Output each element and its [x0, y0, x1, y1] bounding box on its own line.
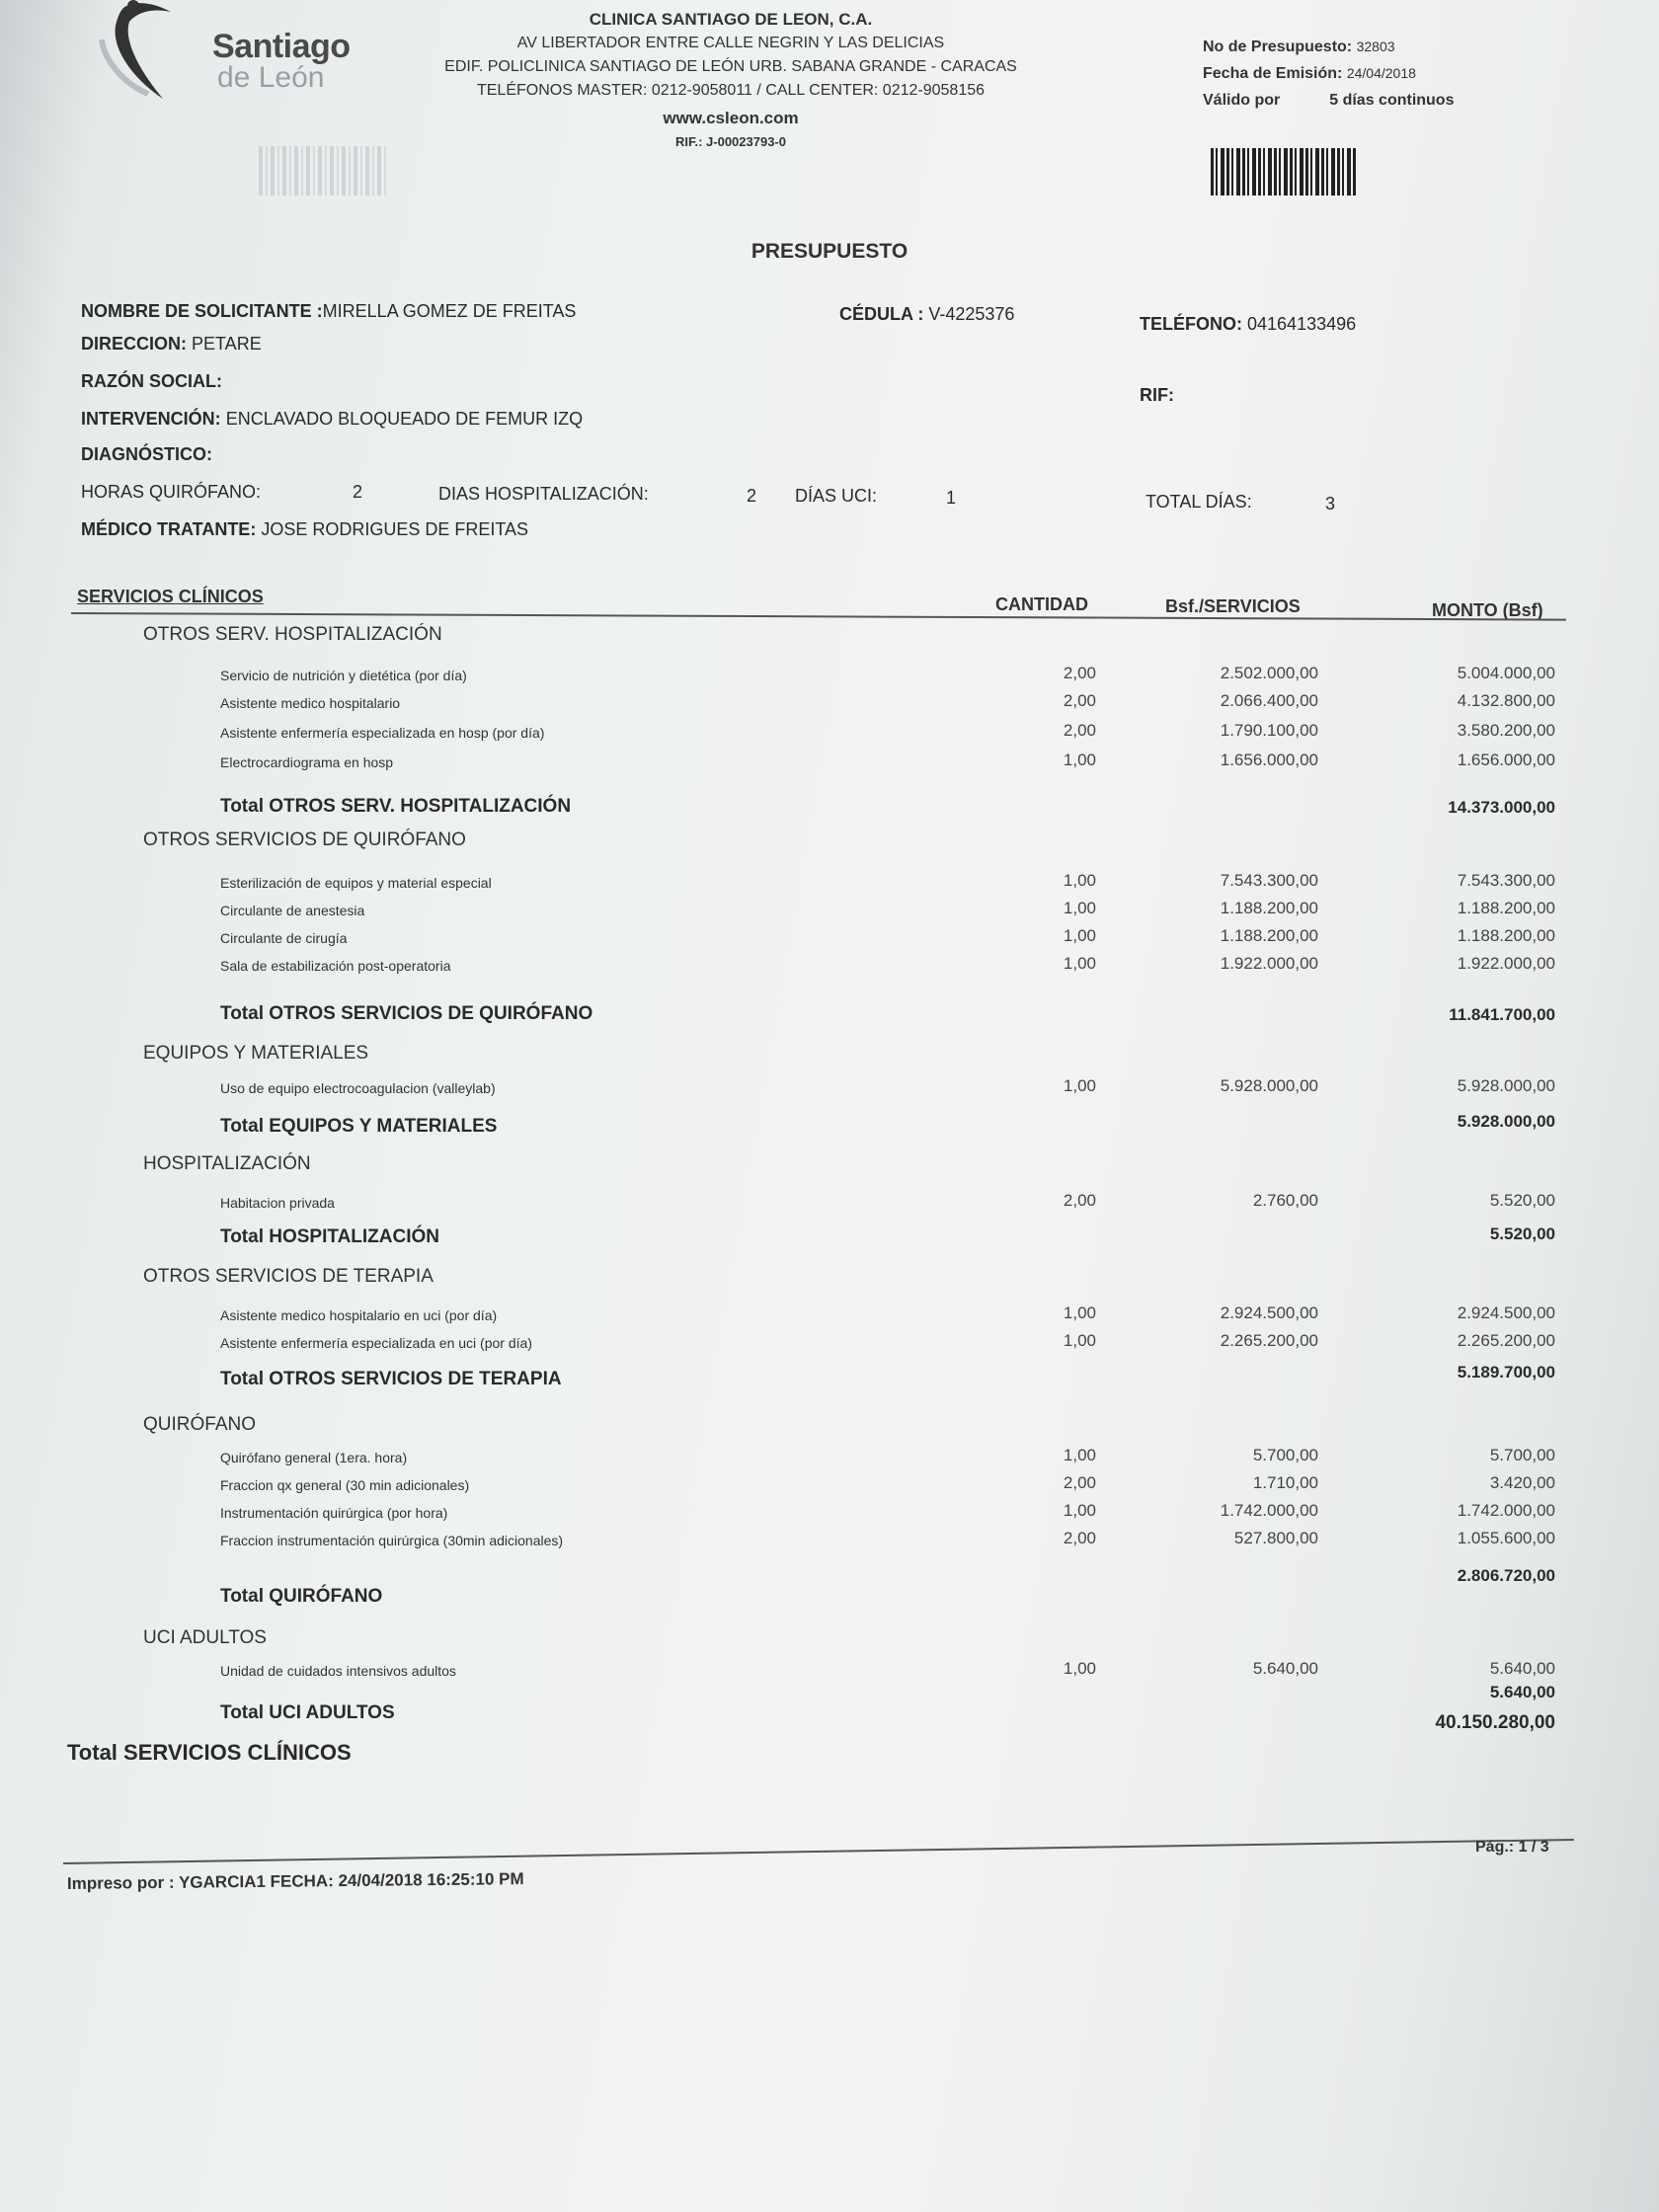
item-amount: 2.265.200,00: [1363, 1331, 1555, 1351]
applicant-name-label: NOMBRE DE SOLICITANTE :: [81, 301, 323, 321]
item-quantity: 1,00: [1007, 750, 1096, 770]
header-rule: [71, 612, 1566, 621]
item-quantity: 1,00: [1007, 1659, 1096, 1679]
budget-meta: No de Presupuesto: 32803 Fecha de Emisió…: [1203, 34, 1454, 114]
clinic-name: CLINICA SANTIAGO DE LEON, C.A.: [434, 8, 1027, 32]
group-total-value: 14.373.000,00: [1363, 798, 1555, 818]
group-total-label: Total UCI ADULTOS: [220, 1702, 395, 1724]
rif-label: RIF:: [1140, 385, 1174, 405]
section-header: SERVICIOS CLÍNICOS: [77, 587, 264, 607]
diagnosis-label: DIAGNÓSTICO:: [81, 444, 212, 464]
group-total-label: Total OTROS SERVICIOS DE TERAPIA: [220, 1369, 562, 1390]
item-quantity: 1,00: [1007, 899, 1096, 918]
item-description: Circulante de anestesia: [220, 903, 364, 918]
address-row: DIRECCION: PETARE: [81, 334, 262, 355]
item-description: Esterilización de equipos y material esp…: [220, 875, 492, 891]
item-amount: 1.188.200,00: [1363, 926, 1555, 946]
clinic-logo-icon: [94, 0, 183, 109]
applicant-name: MIRELLA GOMEZ DE FREITAS: [323, 301, 577, 321]
doctor-value: JOSE RODRIGUES DE FREITAS: [261, 519, 528, 539]
group-total-label: Total OTROS SERVICIOS DE QUIRÓFANO: [220, 1003, 592, 1025]
item-amount: 3.420,00: [1363, 1473, 1555, 1493]
item-unit-price: 1.922.000,00: [1145, 954, 1318, 974]
item-description: Quirófano general (1era. hora): [220, 1450, 407, 1465]
item-quantity: 1,00: [1007, 1331, 1096, 1351]
group-title: OTROS SERV. HOSPITALIZACIÓN: [143, 624, 442, 646]
id-label: CÉDULA :: [839, 304, 923, 324]
item-description: Electrocardiograma en hosp: [220, 754, 393, 770]
group-total-label: Total OTROS SERV. HOSPITALIZACIÓN: [220, 796, 571, 818]
issue-date-label: Fecha de Emisión:: [1203, 65, 1342, 82]
item-quantity: 1,00: [1007, 1501, 1096, 1521]
item-quantity: 2,00: [1007, 1191, 1096, 1211]
applicant-name-row: NOMBRE DE SOLICITANTE :MIRELLA GOMEZ DE …: [81, 301, 576, 322]
item-unit-price: 5.640,00: [1145, 1659, 1318, 1679]
item-amount: 1.055.600,00: [1363, 1529, 1555, 1548]
item-description: Asistente enfermería especializada en ho…: [220, 725, 544, 741]
diagnosis-row: DIAGNÓSTICO:: [81, 444, 212, 465]
item-quantity: 1,00: [1007, 954, 1096, 974]
item-unit-price: 1.742.000,00: [1145, 1501, 1318, 1521]
doctor-label: MÉDICO TRATANTE:: [81, 519, 256, 539]
group-total-label: Total QUIRÓFANO: [220, 1586, 382, 1608]
hosp-days-value: 2: [747, 486, 756, 507]
item-unit-price: 2.502.000,00: [1145, 664, 1318, 683]
item-quantity: 2,00: [1007, 1473, 1096, 1493]
item-description: Habitacion privada: [220, 1195, 335, 1211]
grand-total-label: Total SERVICIOS CLÍNICOS: [67, 1740, 352, 1766]
item-quantity: 1,00: [1007, 926, 1096, 946]
clinic-header: CLINICA SANTIAGO DE LEON, C.A. AV LIBERT…: [434, 8, 1027, 154]
item-quantity: 2,00: [1007, 664, 1096, 683]
total-days-value: 3: [1325, 494, 1335, 514]
business-label: RAZÓN SOCIAL:: [81, 371, 222, 391]
item-quantity: 2,00: [1007, 691, 1096, 711]
group-total-value: 5.928.000,00: [1363, 1112, 1555, 1132]
item-unit-price: 1.790.100,00: [1145, 721, 1318, 741]
item-quantity: 1,00: [1007, 1076, 1096, 1096]
document-title: PRESUPUESTO: [0, 240, 1659, 264]
item-quantity: 2,00: [1007, 721, 1096, 741]
group-total-value: 5.189.700,00: [1363, 1363, 1555, 1382]
clinic-website: www.csleon.com: [434, 107, 1027, 130]
item-description: Asistente medico hospitalario en uci (po…: [220, 1307, 497, 1323]
item-unit-price: 527.800,00: [1145, 1529, 1318, 1548]
item-unit-price: 2.066.400,00: [1145, 691, 1318, 711]
item-amount: 3.580.200,00: [1363, 721, 1555, 741]
item-amount: 5.640,00: [1363, 1659, 1555, 1679]
group-title: EQUIPOS Y MATERIALES: [143, 1043, 368, 1065]
footer-rule: [63, 1839, 1574, 1864]
valid-label: Válido por: [1203, 92, 1280, 109]
phone-value: 04164133496: [1247, 314, 1356, 334]
item-quantity: 1,00: [1007, 871, 1096, 891]
or-hours-label: HORAS QUIRÓFANO:: [81, 482, 261, 503]
item-description: Unidad de cuidados intensivos adultos: [220, 1663, 456, 1679]
item-unit-price: 1.188.200,00: [1145, 899, 1318, 918]
id-row: CÉDULA : V-4225376: [839, 304, 1014, 325]
group-title: OTROS SERVICIOS DE TERAPIA: [143, 1266, 434, 1288]
budget-number: 32803: [1357, 39, 1395, 54]
clinic-phones: TELÉFONOS MASTER: 0212-9058011 / CALL CE…: [434, 79, 1027, 103]
group-title: OTROS SERVICIOS DE QUIRÓFANO: [143, 829, 466, 851]
logo-text-secondary: de León: [217, 61, 324, 95]
clinic-address-2: EDIF. POLICLINICA SANTIAGO DE LEÓN URB. …: [434, 55, 1027, 79]
col-quantity-header: CANTIDAD: [995, 594, 1088, 615]
col-unit-price-header: Bsf./SERVICIOS: [1165, 596, 1301, 617]
group-total-value: 2.806.720,00: [1363, 1566, 1555, 1586]
faint-barcode-bleed: [259, 146, 387, 196]
item-amount: 5.004.000,00: [1363, 664, 1555, 683]
item-amount: 5.928.000,00: [1363, 1076, 1555, 1096]
item-description: Fraccion qx general (30 min adicionales): [220, 1477, 469, 1493]
group-title: HOSPITALIZACIÓN: [143, 1153, 311, 1175]
item-quantity: 1,00: [1007, 1303, 1096, 1323]
icu-days-value: 1: [946, 488, 956, 509]
icu-days-label: DÍAS UCI:: [795, 486, 877, 507]
or-hours-value: 2: [353, 482, 362, 503]
item-amount: 2.924.500,00: [1363, 1303, 1555, 1323]
item-unit-price: 5.700,00: [1145, 1446, 1318, 1465]
item-amount: 1.922.000,00: [1363, 954, 1555, 974]
page-number: Pág.: 1 / 3: [1475, 1839, 1549, 1856]
item-description: Asistente medico hospitalario: [220, 695, 400, 711]
item-unit-price: 2.760,00: [1145, 1191, 1318, 1211]
item-amount: 1.188.200,00: [1363, 899, 1555, 918]
item-description: Servicio de nutrición y dietética (por d…: [220, 668, 467, 683]
clinic-address-1: AV LIBERTADOR ENTRE CALLE NEGRIN Y LAS D…: [434, 32, 1027, 55]
address-label: DIRECCION:: [81, 334, 187, 354]
printed-by: Impreso por : YGARCIA1 FECHA: 24/04/2018…: [67, 1869, 524, 1894]
item-amount: 4.132.800,00: [1363, 691, 1555, 711]
valid-value: 5 días continuos: [1329, 92, 1454, 109]
item-amount: 5.700,00: [1363, 1446, 1555, 1465]
item-amount: 1.656.000,00: [1363, 750, 1555, 770]
rif-row: RIF:: [1140, 385, 1174, 406]
doctor-row: MÉDICO TRATANTE: JOSE RODRIGUES DE FREIT…: [81, 519, 528, 540]
group-total-value: 11.841.700,00: [1363, 1005, 1555, 1025]
item-amount: 5.520,00: [1363, 1191, 1555, 1211]
group-title: QUIRÓFANO: [143, 1414, 256, 1436]
issue-date: 24/04/2018: [1347, 65, 1416, 81]
item-description: Asistente enfermería especializada en uc…: [220, 1335, 532, 1351]
item-unit-price: 2.924.500,00: [1145, 1303, 1318, 1323]
business-row: RAZÓN SOCIAL:: [81, 371, 222, 392]
item-unit-price: 1.656.000,00: [1145, 750, 1318, 770]
item-amount: 1.742.000,00: [1363, 1501, 1555, 1521]
intervention-row: INTERVENCIÓN: ENCLAVADO BLOQUEADO DE FEM…: [81, 409, 583, 430]
item-unit-price: 7.543.300,00: [1145, 871, 1318, 891]
item-description: Fraccion instrumentación quirúrgica (30m…: [220, 1533, 563, 1548]
budget-number-label: No de Presupuesto:: [1203, 39, 1352, 55]
item-unit-price: 1.188.200,00: [1145, 926, 1318, 946]
item-description: Instrumentación quirúrgica (por hora): [220, 1505, 447, 1521]
id-value: V-4225376: [928, 304, 1014, 324]
group-title: UCI ADULTOS: [143, 1627, 267, 1649]
item-quantity: 2,00: [1007, 1529, 1096, 1548]
item-unit-price: 2.265.200,00: [1145, 1331, 1318, 1351]
grand-total-value: 40.150.280,00: [1363, 1712, 1555, 1734]
item-description: Circulante de cirugía: [220, 930, 347, 946]
intervention-value: ENCLAVADO BLOQUEADO DE FEMUR IZQ: [226, 409, 583, 429]
phone-label: TELÉFONO:: [1140, 314, 1242, 334]
item-unit-price: 1.710,00: [1145, 1473, 1318, 1493]
item-amount: 7.543.300,00: [1363, 871, 1555, 891]
phone-row: TELÉFONO: 04164133496: [1140, 314, 1356, 335]
intervention-label: INTERVENCIÓN:: [81, 409, 221, 429]
item-description: Uso de equipo electrocoagulacion (valley…: [220, 1080, 496, 1096]
clinic-rif: RIF.: J-00023793-0: [434, 130, 1027, 154]
barcode: [1211, 148, 1357, 196]
address-value: PETARE: [192, 334, 262, 354]
group-total-label: Total HOSPITALIZACIÓN: [220, 1226, 439, 1248]
group-total-label: Total EQUIPOS Y MATERIALES: [220, 1116, 497, 1138]
total-days-label: TOTAL DÍAS:: [1145, 492, 1252, 513]
item-quantity: 1,00: [1007, 1446, 1096, 1465]
hosp-days-label: DIAS HOSPITALIZACIÓN:: [438, 484, 649, 505]
group-total-value: 5.520,00: [1363, 1224, 1555, 1244]
group-total-value: 5.640,00: [1363, 1683, 1555, 1702]
item-description: Sala de estabilización post-operatoria: [220, 958, 450, 974]
item-unit-price: 5.928.000,00: [1145, 1076, 1318, 1096]
